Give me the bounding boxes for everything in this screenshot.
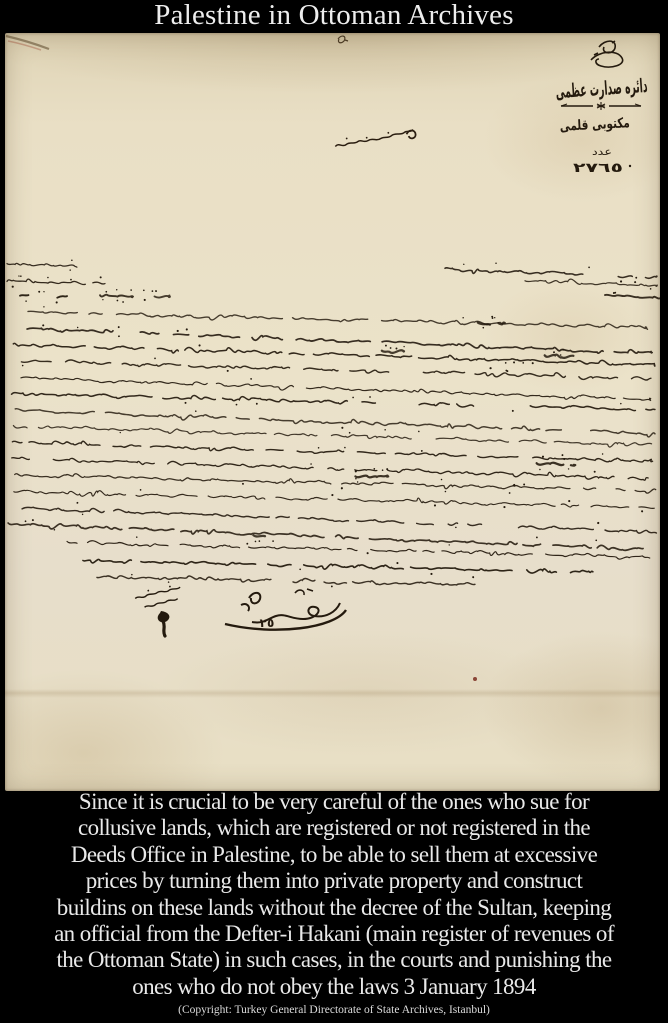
caption-line: collusive lands, which are registered or…	[0, 815, 668, 841]
caption-line: buildins on these lands without the decr…	[0, 895, 668, 921]
body-script-lines	[7, 259, 660, 587]
closing-note	[134, 584, 182, 636]
letterhead-number-value: ٢٧٦٥	[573, 161, 623, 176]
fold-crease	[6, 36, 49, 50]
signature-flourish: ٢٥	[225, 589, 346, 630]
caption-line: ones who do not obey the laws 3 January …	[0, 974, 668, 1000]
caption-line: an official from the Defter-i Hakani (ma…	[0, 921, 668, 947]
screenshot-root: Palestine in Ottoman Archives	[0, 0, 668, 1023]
letterhead-emblem-icon	[591, 41, 623, 67]
letterhead: دائره صدارت عظمى مكتوبى قلمى عدد ٢٧٦٥	[555, 41, 648, 176]
red-ink-dot	[473, 677, 477, 681]
caption-line: the Ottoman State) in such cases, in the…	[0, 947, 668, 973]
letterhead-bureau-line: مكتوبى قلمى	[559, 115, 630, 135]
caption-line: Deeds Office in Palestine, to be able to…	[0, 842, 668, 868]
letterhead-divider	[561, 102, 641, 110]
manuscript-paper: دائره صدارت عظمى مكتوبى قلمى عدد ٢٧٦٥	[5, 33, 660, 791]
page-title: Palestine in Ottoman Archives	[0, 0, 668, 31]
caption-line: prices by turning them into private prop…	[0, 868, 668, 894]
document-photo: دائره صدارت عظمى مكتوبى قلمى عدد ٢٧٦٥	[0, 32, 668, 792]
marginal-annotation	[334, 129, 416, 146]
signature-day-numeral: ٢٥	[260, 616, 275, 630]
copyright-line: (Copyright: Turkey General Directorate o…	[0, 1003, 668, 1017]
caption-block: Since it is crucial to be very careful o…	[0, 789, 668, 1017]
letterhead-number-label: عدد	[592, 147, 612, 158]
tiny-ink-mark	[338, 36, 348, 43]
caption-line: Since it is crucial to be very careful o…	[0, 789, 668, 815]
title-bar: Palestine in Ottoman Archives	[0, 0, 668, 32]
manuscript-ink: دائره صدارت عظمى مكتوبى قلمى عدد ٢٧٦٥	[5, 33, 660, 791]
caption-text: Since it is crucial to be very careful o…	[0, 789, 668, 1000]
letterhead-office-line: دائره صدارت عظمى	[555, 75, 648, 103]
